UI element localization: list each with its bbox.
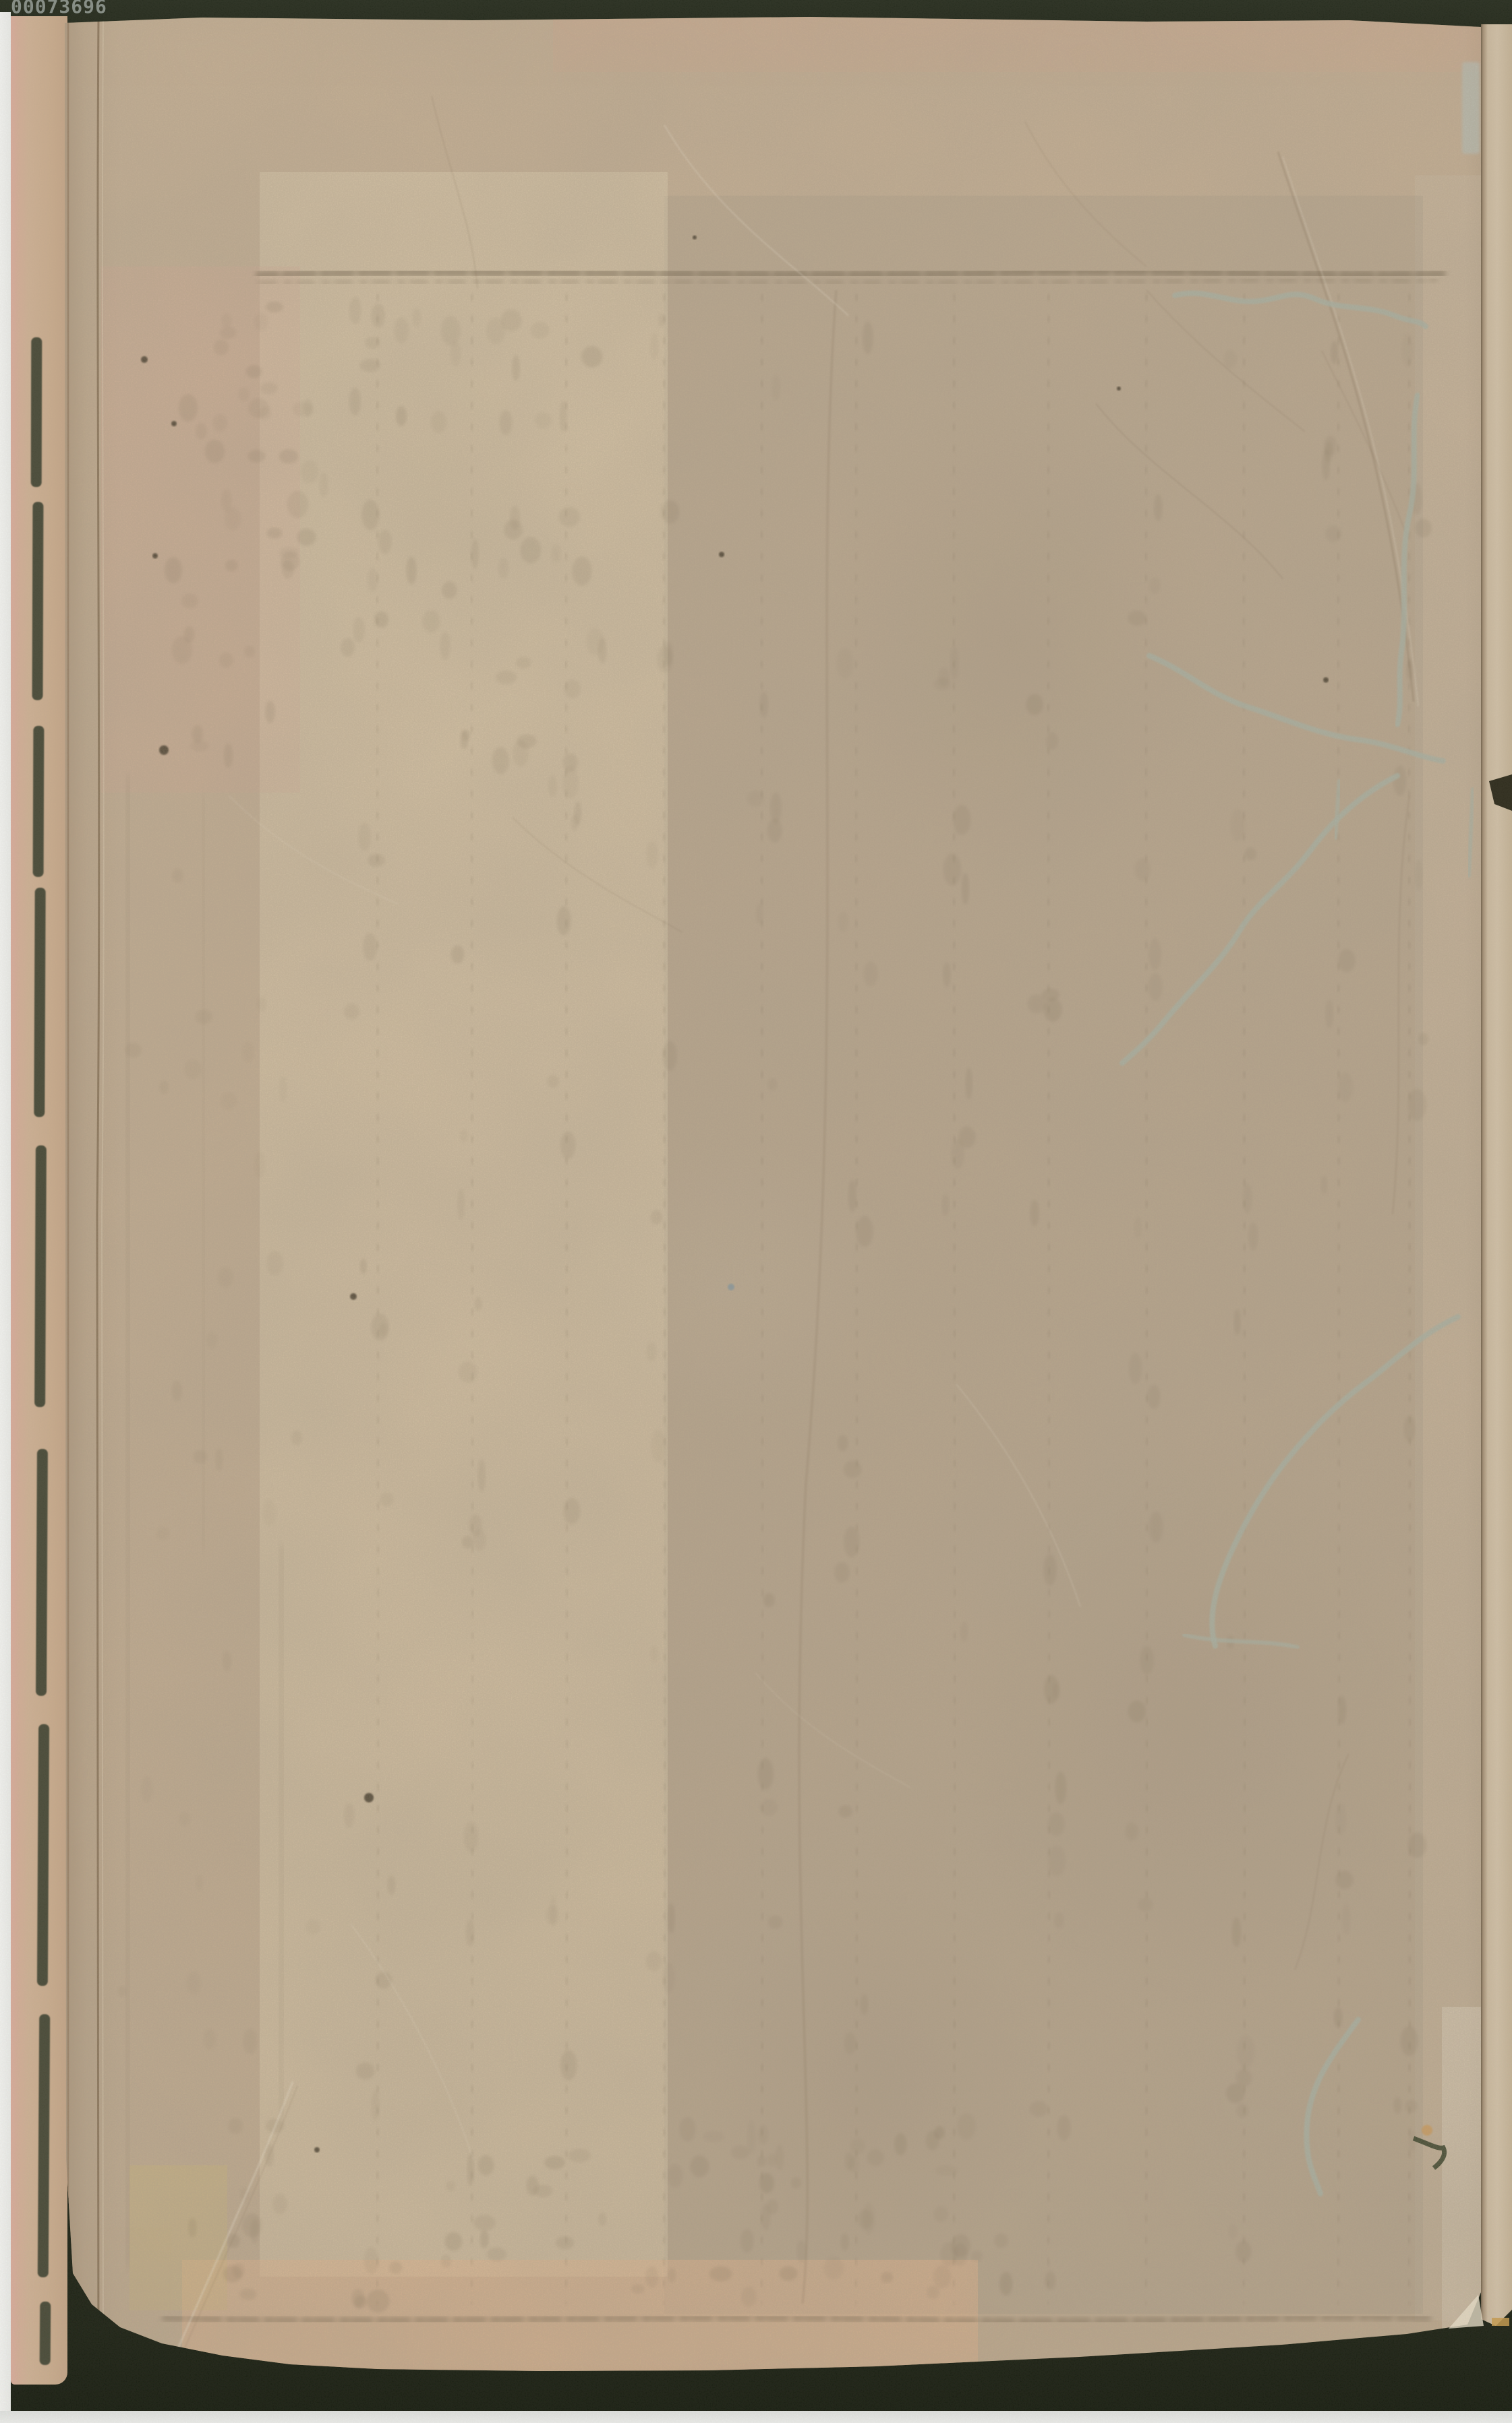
fore-edge-ink-dash [38, 2014, 50, 2277]
book-page [0, 0, 1512, 2423]
catalog-number: 00073696 [11, 0, 107, 18]
fore-edge-ink-dash [32, 502, 43, 700]
scanner-bed-strip-bottom [0, 2411, 1512, 2423]
fore-edge-ink-dash [36, 1724, 49, 1986]
fore-edge-ink-dash [34, 888, 45, 1117]
adjacent-page-edge-right [1481, 24, 1512, 2331]
fore-edge-ink-dash [31, 337, 42, 487]
fore-edge-ink-dash [39, 2302, 51, 2365]
fore-edge-ink-dash [36, 1449, 48, 1696]
fore-edge-ink-dash [34, 1145, 47, 1407]
stacked-page-edges-left [11, 16, 67, 2385]
fore-edge-ink-dash [33, 726, 45, 877]
scanned-book-spread: 00073696 [0, 0, 1512, 2423]
scanner-bed-strip-left [0, 12, 11, 2423]
